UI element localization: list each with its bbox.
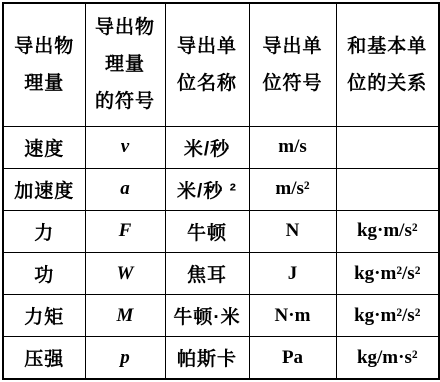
cell-relation: kg·m²/s² bbox=[336, 295, 439, 337]
cell-unit-name: 牛顿 bbox=[165, 210, 249, 252]
header-line: 理量 bbox=[4, 65, 85, 102]
cell-unit-name: 焦耳 bbox=[165, 252, 249, 294]
cell-relation bbox=[336, 168, 439, 210]
header-cell-quantity: 导出物 理量 bbox=[3, 3, 85, 126]
cell-unit-symbol: m/s² bbox=[249, 168, 336, 210]
header-cell-symbol: 导出物 理量 的符号 bbox=[85, 3, 165, 126]
table-row: 力矩 M 牛顿·米 N·m kg·m²/s² bbox=[3, 295, 439, 337]
table-row: 压强 p 帕斯卡 Pa kg/m·s² bbox=[3, 337, 439, 379]
cell-symbol: F bbox=[85, 210, 165, 252]
cell-unit-name: 牛顿·米 bbox=[165, 295, 249, 337]
cell-symbol: M bbox=[85, 295, 165, 337]
header-cell-unit-symbol: 导出单 位符号 bbox=[249, 3, 336, 126]
header-line: 和基本单 bbox=[337, 28, 439, 65]
header-cell-relation: 和基本单 位的关系 bbox=[336, 3, 439, 126]
cell-unit-name: 米/秒 bbox=[165, 126, 249, 168]
header-line: 位的关系 bbox=[337, 65, 439, 102]
header-row: 导出物 理量 导出物 理量 的符号 导出单 位名称 导出单 位符号 和基本单 bbox=[3, 3, 439, 126]
table-row: 加速度 a 米/秒 ² m/s² bbox=[3, 168, 439, 210]
cell-unit-name: 米/秒 ² bbox=[165, 168, 249, 210]
cell-unit-symbol: m/s bbox=[249, 126, 336, 168]
cell-unit-name: 帕斯卡 bbox=[165, 337, 249, 379]
cell-symbol: v bbox=[85, 126, 165, 168]
table-row: 速度 v 米/秒 m/s bbox=[3, 126, 439, 168]
cell-quantity: 功 bbox=[3, 252, 85, 294]
cell-quantity: 压强 bbox=[3, 337, 85, 379]
header-cell-unit-name: 导出单 位名称 bbox=[165, 3, 249, 126]
header-line: 位名称 bbox=[166, 65, 249, 102]
table-row: 力 F 牛顿 N kg·m/s² bbox=[3, 210, 439, 252]
cell-quantity: 速度 bbox=[3, 126, 85, 168]
cell-unit-symbol: Pa bbox=[249, 337, 336, 379]
cell-unit-symbol: N·m bbox=[249, 295, 336, 337]
cell-relation: kg/m·s² bbox=[336, 337, 439, 379]
cell-unit-symbol: J bbox=[249, 252, 336, 294]
header-line: 导出单 bbox=[166, 28, 249, 65]
header-line: 理量 bbox=[86, 46, 165, 83]
page: 导出物 理量 导出物 理量 的符号 导出单 位名称 导出单 位符号 和基本单 bbox=[0, 0, 440, 382]
header-line: 导出物 bbox=[86, 9, 165, 46]
cell-symbol: a bbox=[85, 168, 165, 210]
header-line: 导出单 bbox=[250, 28, 336, 65]
header-line: 导出物 bbox=[4, 28, 85, 65]
cell-relation: kg·m/s² bbox=[336, 210, 439, 252]
cell-symbol: W bbox=[85, 252, 165, 294]
cell-quantity: 力矩 bbox=[3, 295, 85, 337]
derived-units-table: 导出物 理量 导出物 理量 的符号 导出单 位名称 导出单 位符号 和基本单 bbox=[2, 2, 440, 380]
cell-relation bbox=[336, 126, 439, 168]
header-line: 位符号 bbox=[250, 65, 336, 102]
table-row: 功 W 焦耳 J kg·m²/s² bbox=[3, 252, 439, 294]
cell-symbol: p bbox=[85, 337, 165, 379]
cell-quantity: 加速度 bbox=[3, 168, 85, 210]
cell-unit-symbol: N bbox=[249, 210, 336, 252]
cell-quantity: 力 bbox=[3, 210, 85, 252]
cell-relation: kg·m²/s² bbox=[336, 252, 439, 294]
header-line: 的符号 bbox=[86, 83, 165, 120]
